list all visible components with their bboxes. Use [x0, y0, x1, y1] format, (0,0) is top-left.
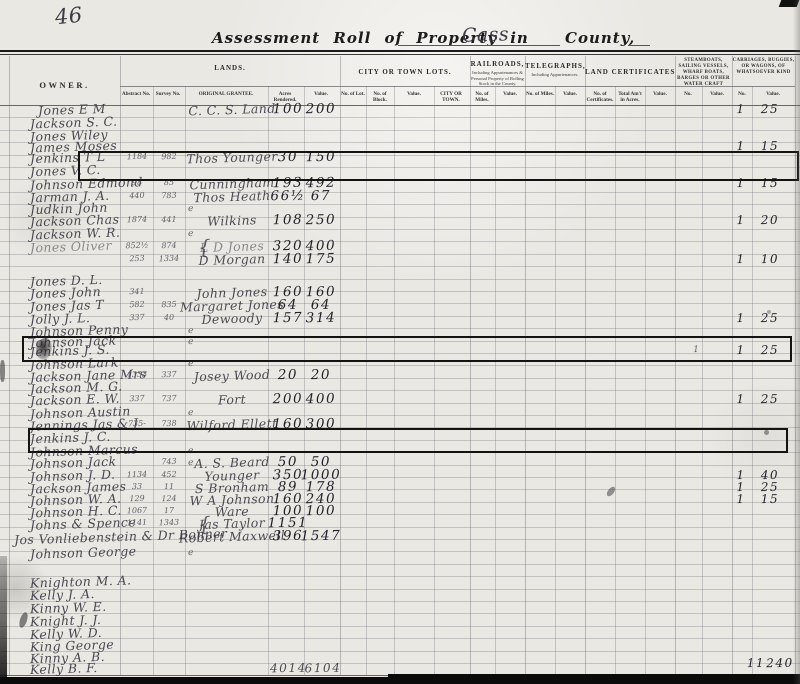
total-acres: 4014 [270, 661, 306, 676]
scan-edge-bottom-right [388, 674, 800, 684]
scan-dot-2 [767, 310, 771, 314]
total-value: 6104 [303, 661, 343, 676]
scan-edge-right [793, 0, 800, 684]
scan-dot [764, 430, 769, 435]
total-carriages-value: 240 [763, 656, 797, 671]
scan-edge-left [0, 556, 7, 684]
scanned-assessment-roll-page: 46 Assessment Roll of Property in Cass C… [0, 0, 800, 684]
scan-speck-left [0, 360, 5, 382]
footer-totals: 4014610411240 [0, 0, 800, 684]
